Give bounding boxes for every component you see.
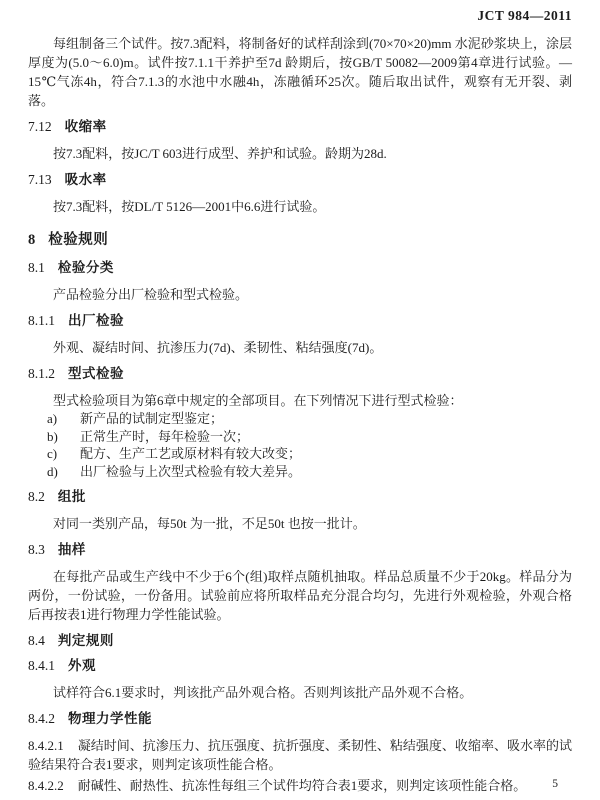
clause-title: 物理力学性能 <box>68 711 152 726</box>
clause-number: 8.2 <box>28 489 58 504</box>
clause-title: 出厂检验 <box>68 313 124 328</box>
heading-8-1-inspection-classification: 8.1检验分类 <box>28 260 572 275</box>
clause-text: 凝结时间、抗渗压力、抗压强度、抗折强度、柔韧性、粘结强度、收缩率、吸水率的试验结… <box>28 738 572 772</box>
list-item-text: 配方、生产工艺或原材料有较大改变； <box>80 446 301 461</box>
heading-8-4-1-appearance: 8.4.1外观 <box>28 658 572 673</box>
clause-number: 8.4.2.2 <box>28 778 78 793</box>
paragraph-8-4-2-1: 8.4.2.1凝结时间、抗渗压力、抗压强度、抗折强度、柔韧性、粘结强度、收缩率、… <box>28 736 572 774</box>
clause-text: 耐碱性、耐热性、抗冻性每组三个试件均符合表1要求，则判定该项性能合格。 <box>78 778 527 793</box>
clause-title: 判定规则 <box>58 633 114 648</box>
clause-title: 型式检验 <box>68 366 124 381</box>
clause-number: 8.4 <box>28 633 58 648</box>
clause-number: 8.1.1 <box>28 313 68 328</box>
heading-8-4-2-physical-mechanical-properties: 8.4.2物理力学性能 <box>28 711 572 726</box>
paragraph-7-12: 按7.3配料，按JC/T 603进行成型、养护和试验。龄期为28d. <box>28 144 572 163</box>
paragraph-7-13: 按7.3配料，按DL/T 5126—2001中6.6进行试验。 <box>28 197 572 216</box>
clause-title: 吸水率 <box>65 172 107 187</box>
clause-title: 组批 <box>58 489 86 504</box>
document-page: JCT 984—2011 每组制备三个试件。按7.3配料，将制备好的试样刮涂到(… <box>0 0 600 800</box>
chapter-title: 检验规则 <box>48 232 108 248</box>
clause-title: 收缩率 <box>65 119 107 134</box>
paragraph-8-1: 产品检验分出厂检验和型式检验。 <box>28 285 572 304</box>
clause-number: 8.4.1 <box>28 658 68 673</box>
page-number: 5 <box>552 778 558 791</box>
list-item-label: b) <box>47 428 80 446</box>
heading-chapter-8-inspection-rules: 8检验规则 <box>28 232 572 248</box>
heading-7-13-water-absorption: 7.13吸水率 <box>28 172 572 187</box>
paragraph-8-4-1: 试样符合6.1要求时，判该批产品外观合格。否则判该批产品外观不合格。 <box>28 683 572 702</box>
paragraph-freeze-thaw-test: 每组制备三个试件。按7.3配料，将制备好的试样刮涂到(70×70×20)mm 水… <box>28 34 572 110</box>
clause-number: 8.4.2 <box>28 711 68 726</box>
list-item-a: a)新产品的试制定型鉴定； <box>28 410 572 428</box>
chapter-number: 8 <box>28 232 48 248</box>
heading-7-12-shrinkage: 7.12收缩率 <box>28 119 572 134</box>
clause-number: 8.4.2.1 <box>28 738 78 753</box>
heading-8-2-batching: 8.2组批 <box>28 489 572 504</box>
list-item-label: a) <box>47 410 80 428</box>
list-item-c: c)配方、生产工艺或原材料有较大改变； <box>28 445 572 463</box>
list-item-label: c) <box>47 445 80 463</box>
paragraph-8-1-1: 外观、凝结时间、抗渗压力(7d)、柔韧性、粘结强度(7d)。 <box>28 338 572 357</box>
list-item-d: d)出厂检验与上次型式检验有较大差异。 <box>28 463 572 481</box>
heading-8-1-2-type-inspection: 8.1.2型式检验 <box>28 366 572 381</box>
clause-title: 检验分类 <box>58 260 114 275</box>
clause-number: 8.3 <box>28 542 58 557</box>
paragraph-8-3: 在每批产品或生产线中不少于6个(组)取样点随机抽取。样品总质量不少于20kg。样… <box>28 567 572 624</box>
list-item-b: b)正常生产时，每年检验一次； <box>28 428 572 446</box>
list-item-text: 正常生产时，每年检验一次； <box>80 429 249 444</box>
heading-8-4-judgment-rules: 8.4判定规则 <box>28 633 572 648</box>
clause-title: 抽样 <box>58 542 86 557</box>
list-item-label: d) <box>47 463 80 481</box>
clause-number: 7.12 <box>28 119 65 134</box>
heading-8-1-1-factory-inspection: 8.1.1出厂检验 <box>28 313 572 328</box>
heading-8-3-sampling: 8.3抽样 <box>28 542 572 557</box>
type-inspection-condition-list: a)新产品的试制定型鉴定； b)正常生产时，每年检验一次； c)配方、生产工艺或… <box>28 410 572 480</box>
clause-number: 8.1 <box>28 260 58 275</box>
clause-title: 外观 <box>68 658 96 673</box>
standard-code-header: JCT 984—2011 <box>28 8 572 23</box>
list-item-text: 新产品的试制定型鉴定； <box>80 411 223 426</box>
paragraph-8-1-2-lead: 型式检验项目为第6章中规定的全部项目。在下列情况下进行型式检验： <box>28 391 572 410</box>
paragraph-8-4-2-2: 8.4.2.2耐碱性、耐热性、抗冻性每组三个试件均符合表1要求，则判定该项性能合… <box>28 776 572 795</box>
list-item-text: 出厂检验与上次型式检验有较大差异。 <box>80 464 301 479</box>
clause-number: 8.1.2 <box>28 366 68 381</box>
clause-number: 7.13 <box>28 172 65 187</box>
paragraph-8-2: 对同一类别产品，每50t 为一批，不足50t 也按一批计。 <box>28 514 572 533</box>
